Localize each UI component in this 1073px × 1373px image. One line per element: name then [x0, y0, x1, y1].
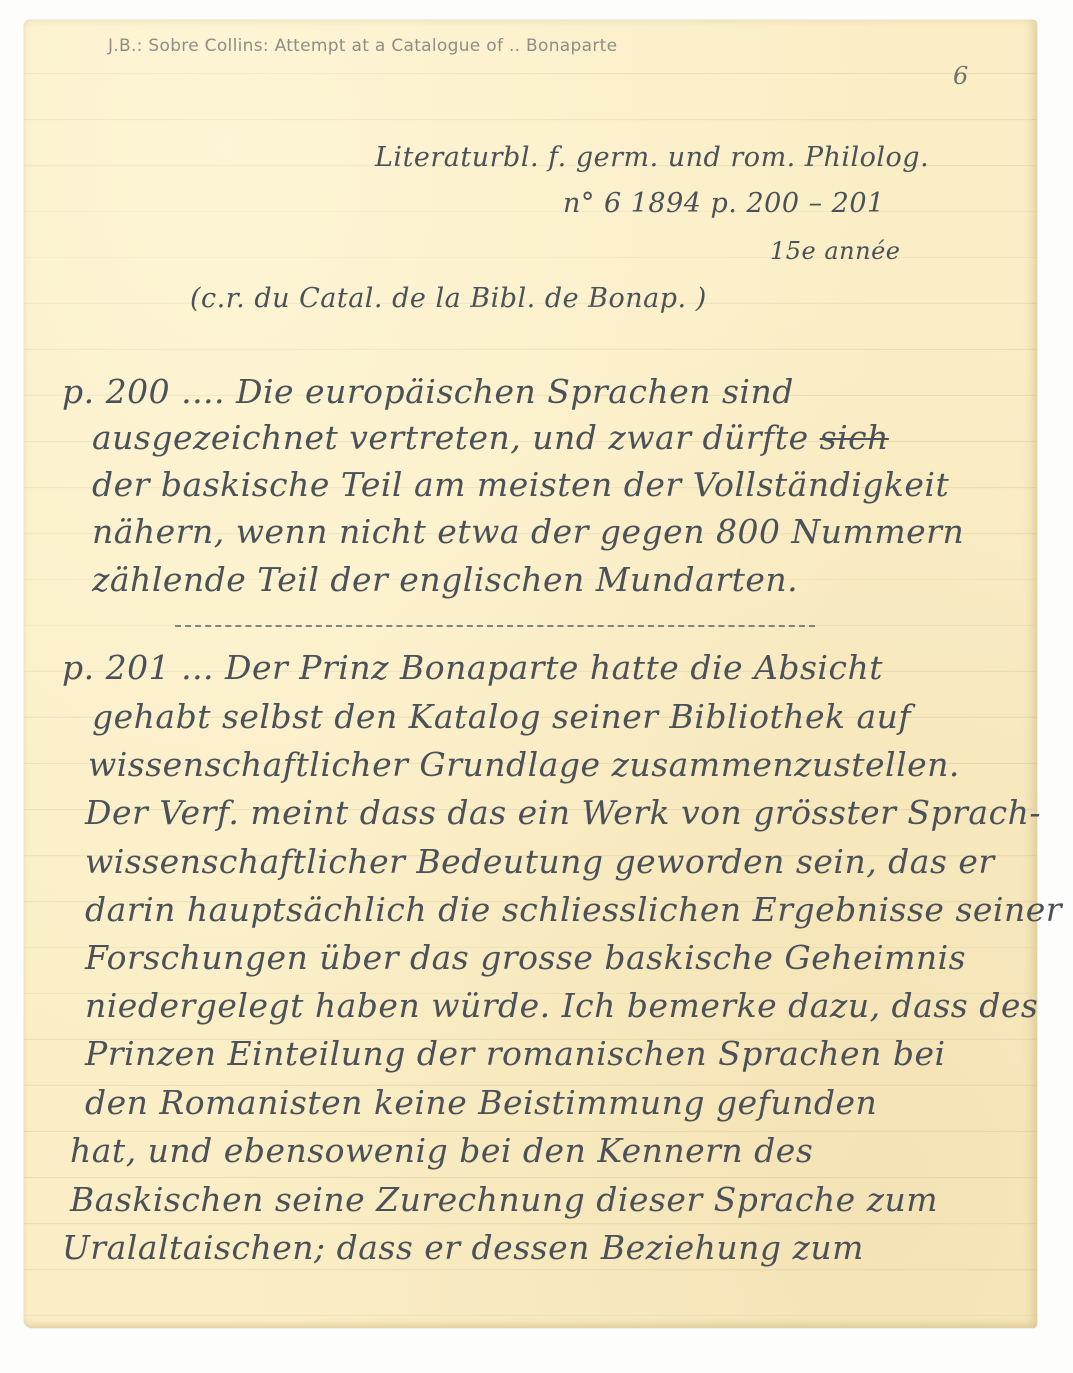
passage-2-line-7: Forschungen über das grosse baskische Ge… — [85, 938, 966, 978]
passage-2-line-3: wissenschaftlicher Grundlage zusammenzus… — [88, 745, 960, 785]
citation-volume: 15e année — [770, 235, 901, 267]
passage-1-line-4: nähern, wenn nicht etwa der gegen 800 Nu… — [92, 512, 964, 552]
passage-2-line-12: Baskischen seine Zurechnung dieser Sprac… — [70, 1180, 938, 1220]
passage-2-line-4: Der Verf. meint dass das ein Werk von gr… — [85, 793, 1041, 833]
passage-1-line-2-text: ausgezeichnet vertreten, und zwar dürfte — [92, 418, 809, 457]
citation-note: (c.r. du Catal. de la Bibl. de Bonap. ) — [190, 283, 707, 315]
passage-2-line-10: den Romanisten keine Beistimmung gefunde… — [85, 1083, 877, 1123]
struck-word: sich — [820, 418, 889, 457]
passage-1-line-5: zählende Teil der englischen Mundarten. — [92, 560, 798, 600]
passage-2-line-1: p. 201 ... Der Prinz Bonaparte hatte die… — [62, 648, 883, 688]
passage-2-line-11: hat, und ebensowenig bei den Kennern des — [70, 1131, 813, 1171]
passage-1-line-3: der baskische Teil am meisten der Vollst… — [92, 465, 949, 505]
citation-issue: n° 6 1894 p. 200 – 201 — [563, 188, 885, 220]
passage-1-line-2: ausgezeichnet vertreten, und zwar dürfte… — [92, 418, 889, 458]
passage-2-line-6: darin hauptsächlich die schliesslichen E… — [85, 890, 1062, 930]
citation-journal: Literaturbl. f. germ. und rom. Philolog. — [375, 142, 929, 174]
pencil-annotation: J.B.: Sobre Collins: Attempt at a Catalo… — [108, 36, 617, 56]
page-number: 6 — [953, 62, 968, 90]
passage-2-line-5: wissenschaftlicher Bedeutung geworden se… — [85, 842, 995, 882]
passage-2-line-9: Prinzen Einteilung der romanischen Sprac… — [85, 1034, 946, 1074]
scan-canvas: J.B.: Sobre Collins: Attempt at a Catalo… — [0, 0, 1073, 1373]
section-separator — [175, 625, 815, 627]
passage-2-line-13: Uralaltaischen; dass er dessen Beziehung… — [62, 1228, 864, 1268]
passage-1-line-1: p. 200 .... Die europäischen Sprachen si… — [62, 372, 794, 412]
passage-2-line-2: gehabt selbst den Katalog seiner Bibliot… — [92, 697, 911, 737]
passage-2-line-8: niedergelegt haben würde. Ich bemerke da… — [85, 986, 1038, 1026]
